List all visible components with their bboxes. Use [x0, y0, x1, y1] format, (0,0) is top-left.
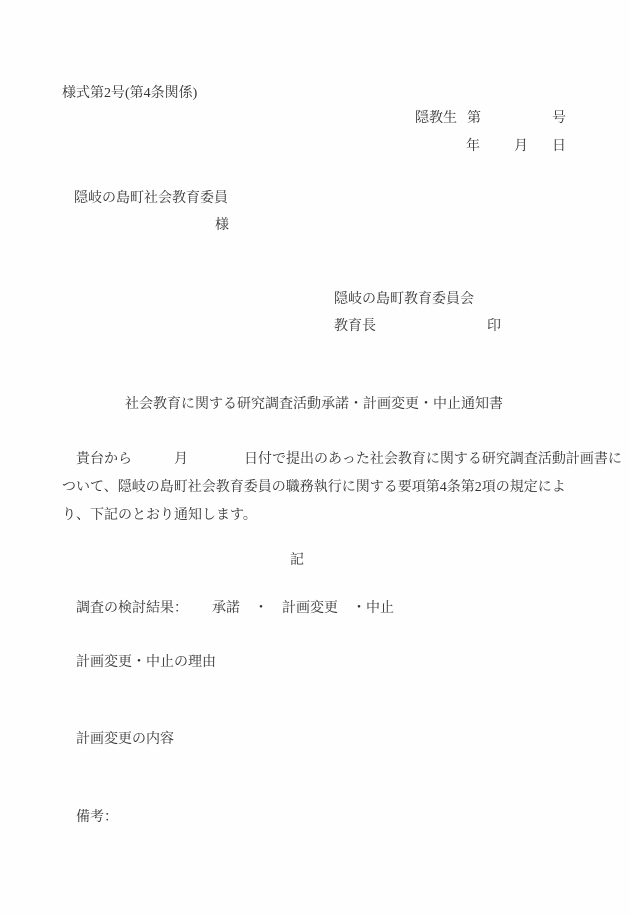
body-paragraph-line: り、下記のとおり通知します。 — [62, 502, 582, 530]
form-number: 様式第2号(第4条関係) — [62, 86, 197, 103]
date-day-label: 日 — [552, 139, 566, 156]
sender-organization: 隠岐の島町教育委員会 — [334, 292, 474, 309]
date-month-label: 月 — [514, 139, 528, 156]
body-paragraph-line: 貴台から 月 日付で提出のあった社会教育に関する研究調査活動計画書に — [62, 446, 582, 474]
change-field-label: 計画変更の内容 — [76, 732, 174, 749]
ki-marker: 記 — [290, 553, 304, 570]
sender-title: 教育長 — [334, 319, 376, 336]
sender-seal-mark: 印 — [487, 319, 501, 336]
doc-number-prefix: 第 — [467, 111, 481, 128]
body-paragraph: 貴台から 月 日付で提出のあった社会教育に関する研究調査活動計画書に ついて、隠… — [62, 446, 582, 530]
result-field-label: 調査の検討結果： — [76, 601, 188, 618]
doc-number-office-code: 隠教生 — [415, 111, 457, 128]
document-title: 社会教育に関する研究調査活動承諾・計画変更・中止通知書 — [125, 397, 503, 414]
reason-field-label: 計画変更・中止の理由 — [76, 655, 216, 672]
doc-number-suffix: 号 — [552, 111, 566, 128]
recipient-honorific: 様 — [215, 218, 229, 235]
document-page: 様式第2号(第4条関係) 隠教生 第 号 年 月 日 隠岐の島町社会教育委員 様… — [0, 0, 630, 915]
body-paragraph-line: ついて、隠岐の島町社会教育委員の職務執行に関する要項第4条第2項の規定によ — [62, 474, 582, 502]
date-year-label: 年 — [466, 139, 480, 156]
remarks-field-label: 備考： — [76, 810, 118, 827]
recipient-name: 隠岐の島町社会教育委員 — [74, 191, 228, 208]
result-field-options: 承諾 ・ 計画変更 ・中止 — [212, 601, 394, 618]
